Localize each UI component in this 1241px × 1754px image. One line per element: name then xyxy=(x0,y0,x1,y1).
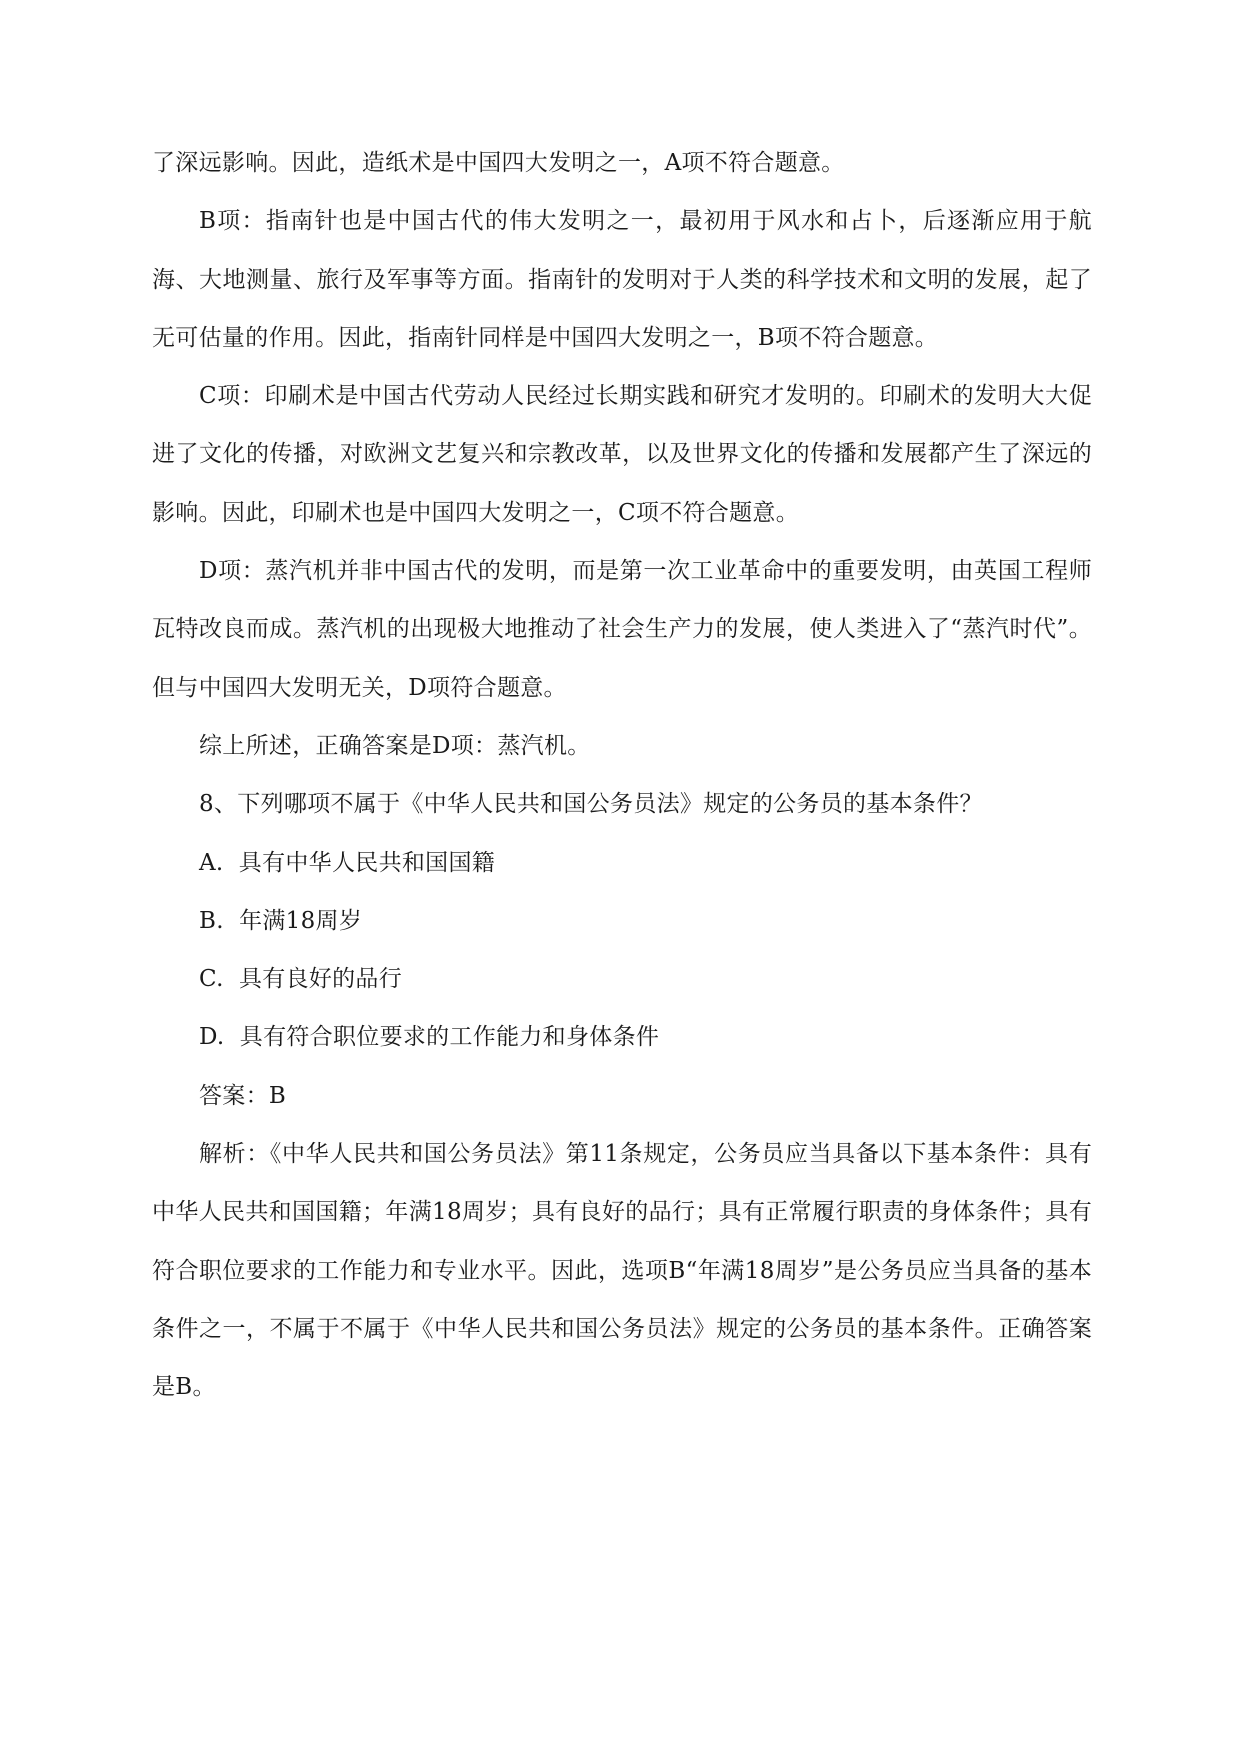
paragraph-summary: 综上所述，正确答案是D项：蒸汽机。 xyxy=(152,717,1092,775)
paragraph-option-c: C项：印刷术是中国古代劳动人民经过长期实践和研究才发明的。印刷术的发明大大促进了… xyxy=(152,367,1092,542)
question-option-b: B. 年满18周岁 xyxy=(152,892,1092,950)
paragraph-option-d: D项：蒸汽机并非中国古代的发明，而是第一次工业革命中的重要发明，由英国工程师瓦特… xyxy=(152,542,1092,717)
question-option-a: A. 具有中华人民共和国国籍 xyxy=(152,834,1092,892)
option-text: 具有中华人民共和国国籍 xyxy=(239,850,495,876)
option-text: 具有良好的品行 xyxy=(239,966,402,992)
paragraph-option-b: B项：指南针也是中国古代的伟大发明之一，最初用于风水和占卜，后逐渐应用于航海、大… xyxy=(152,192,1092,367)
document-page: 了深远影响。因此，造纸术是中国四大发明之一，A项不符合题意。 B项：指南针也是中… xyxy=(152,134,1092,1417)
option-label: B. xyxy=(199,908,224,934)
option-text: 具有符合职位要求的工作能力和身体条件 xyxy=(240,1024,659,1050)
option-label: C. xyxy=(199,966,224,992)
analysis-paragraph: 解析：《中华人民共和国公务员法》第11条规定，公务员应当具备以下基本条件：具有中… xyxy=(152,1125,1092,1416)
question-option-c: C. 具有良好的品行 xyxy=(152,950,1092,1008)
answer-line: 答案：B xyxy=(152,1067,1092,1125)
paragraph-option-a-conclusion: 了深远影响。因此，造纸术是中国四大发明之一，A项不符合题意。 xyxy=(152,134,1092,192)
question-8-text: 8、下列哪项不属于《中华人民共和国公务员法》规定的公务员的基本条件？ xyxy=(152,775,1092,833)
option-label: A. xyxy=(199,850,224,876)
question-option-d: D. 具有符合职位要求的工作能力和身体条件 xyxy=(152,1008,1092,1066)
option-text: 年满18周岁 xyxy=(239,908,362,934)
option-label: D. xyxy=(199,1024,225,1050)
